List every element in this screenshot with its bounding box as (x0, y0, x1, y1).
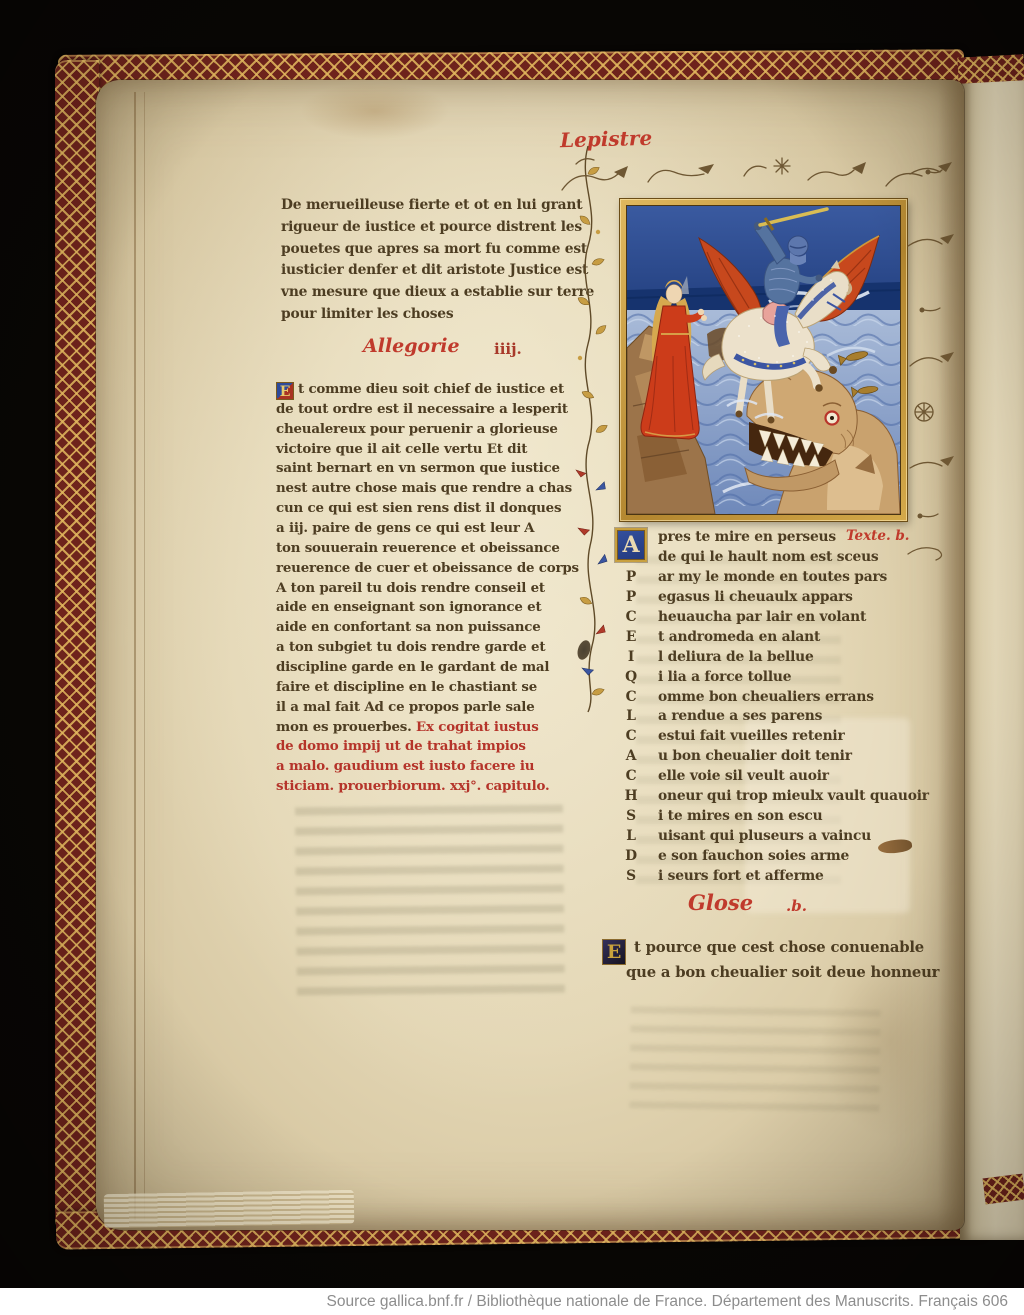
text-line-rest: t pource que cest chose conuenable (634, 939, 924, 956)
pen-flourishes-top (556, 146, 956, 202)
text-line: A ton pareil tu dois rendre conseil et (276, 580, 579, 600)
text-line: aide en confortant sa non puissance (276, 619, 579, 639)
allegorie-chapter-number: iiij. (494, 340, 522, 358)
text-line: reuerence de cuer et obeissance de corps (276, 560, 579, 580)
text-line-black: mon es prouerbes. (276, 719, 416, 735)
miniature-perseus-andromeda (620, 199, 907, 521)
glose-paragraph: Et pource que cest chose conuenable que … (602, 939, 939, 989)
text-line: iusticier denfer et dit aristote Justice… (281, 262, 594, 284)
text-line: victoire que il ait celle vertu Et dit (276, 441, 579, 461)
text-line: Et pource que cest chose conuenable (602, 939, 939, 964)
verse-line: Luisant qui pluseurs a vaincu (622, 828, 929, 848)
texte-verse-column: pres te mire en perseus de qui le hault … (622, 529, 929, 888)
glose-rubric: Glose (688, 890, 753, 915)
text-line: nest autre chose mais que rendre a chas (276, 480, 579, 500)
verse-line: Qi lia a force tollue (622, 669, 929, 689)
text-line: pour limiter les choses (281, 306, 594, 328)
verse-line: pres te mire en perseus (622, 529, 929, 549)
facing-page-gilt-edge-bottom (983, 1174, 1024, 1205)
latin-rubric-line: de domo impij ut de trahat impios (276, 738, 579, 758)
illuminated-initial-e2: E (602, 939, 626, 965)
text-line: a iij. paire de gens ce qui est leur A (276, 520, 579, 540)
text-line: rigueur de iustice et pource distrent le… (281, 219, 594, 241)
text-line: a ton subgiet tu dois rendre garde et (276, 639, 579, 659)
gallica-manuscript-scan: Lepistre De merueilleuse fierte et ot en… (0, 0, 1024, 1315)
text-line: mon es prouerbes. Ex cogitat iustus (276, 719, 579, 739)
verse-line: Au bon cheualier doit tenir (622, 748, 929, 768)
text-line: que a bon cheualier soit deue honneur (626, 964, 939, 989)
verse-line: La rendue a ses parens (622, 708, 929, 728)
glose-section-letter: .b. (786, 897, 807, 915)
verse-line: Et andromeda en alant (622, 629, 929, 649)
text-line-rest: t comme dieu soit chief de iustice et (298, 381, 564, 397)
verse-line: Cheuaucha par lair en volant (622, 609, 929, 629)
verse-line: De son fauchon soies arme (622, 848, 929, 868)
text-line: ton souuerain reuerence et obeissance (276, 540, 579, 560)
verse-line: Par my le monde en toutes pars (622, 569, 929, 589)
allegorie-rubric: Allegorie (363, 335, 460, 357)
book-binding-spine-edge (55, 60, 99, 1236)
illuminated-initial-e: E (276, 382, 294, 400)
verse-line: Honeur qui trop mieulx vault quauoir (622, 788, 929, 808)
text-line: saint bernart en vn sermon que iustice (276, 460, 579, 480)
text-line: cun ce qui est sien rens dist il donques (276, 500, 579, 520)
text-line: De merueilleuse fierte et ot en lui gran… (281, 197, 594, 219)
left-column-intro: De merueilleuse fierte et ot en lui gran… (281, 197, 594, 328)
verse-line: Comme bon cheualiers errans (622, 689, 929, 709)
text-line: aide en enseignant son ignorance et (276, 599, 579, 619)
gutter-ruling (134, 92, 145, 1220)
verse-line: de qui le hault nom est sceus (622, 549, 929, 569)
verse-line: Celle voie sil veult auoir (622, 768, 929, 788)
stacked-leaf-edges (104, 1190, 355, 1228)
facing-page-gilt-edge-top (957, 54, 1024, 83)
miniature-scene (627, 206, 900, 514)
text-line: cheualereux pour peruenir a glorieuse (276, 421, 579, 441)
text-line: pouetes que apres sa mort fu comme est (281, 241, 594, 263)
source-caption: Source gallica.bnf.fr / Bibliothèque nat… (326, 1293, 1008, 1310)
latin-rubric-line: sticiam. prouerbiorum. xxj°. capitulo. (276, 778, 579, 798)
source-caption-bar: Source gallica.bnf.fr / Bibliothèque nat… (0, 1288, 1024, 1315)
verse-line: Si seurs fort et afferme (622, 868, 929, 888)
verse-line: Il deliura de la bellue (622, 649, 929, 669)
verse-line: Pegasus li cheuaulx appars (622, 589, 929, 609)
miniature-frame-inner (627, 206, 900, 514)
ivy-vine-border (552, 146, 622, 712)
latin-rubric-line: a malo. gaudium est iusto facere iu (276, 758, 579, 778)
facing-page-fore-edge (960, 70, 1024, 1240)
verse-line: Si te mires en son escu (622, 808, 929, 828)
allegorie-gloss: Et comme dieu soit chief de iustice et d… (276, 381, 579, 798)
pen-flourishes-right (900, 150, 962, 580)
text-line: discipline garde en le gardant de mal (276, 659, 579, 679)
text-line: de tout ordre est il necessaire a lesper… (276, 401, 579, 421)
text-line: faire et discipline en le chastiant se (276, 679, 579, 699)
text-line: il a mal fait Ad ce propos parle sale (276, 699, 579, 719)
text-line-red: Ex cogitat iustus (416, 719, 539, 735)
text-line: Et comme dieu soit chief de iustice et (276, 381, 579, 401)
text-line: vne mesure que dieux a establie sur terr… (281, 284, 594, 306)
verse-line: Cestui fait vueilles retenir (622, 728, 929, 748)
